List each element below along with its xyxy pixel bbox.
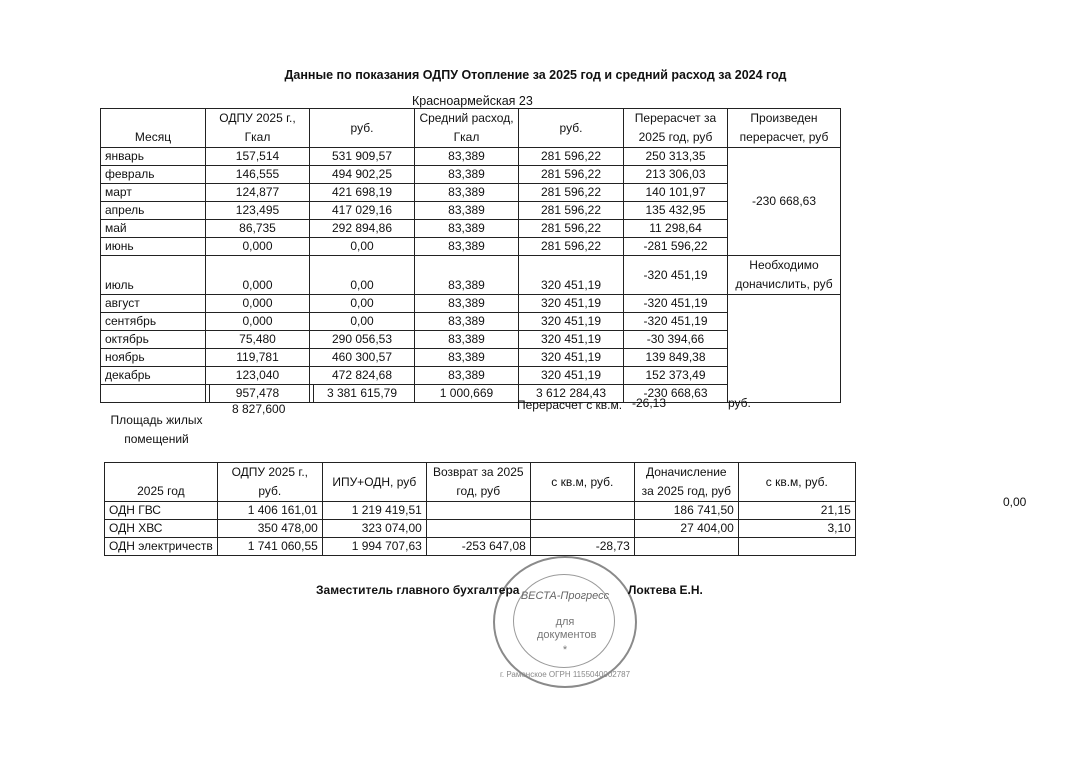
cell-recalc: -320 451,19 bbox=[624, 295, 728, 313]
cell-avg-rub: 281 596,22 bbox=[519, 202, 624, 220]
cell-recalc: -320 451,19 bbox=[624, 256, 728, 295]
cell-odpu-gcal: 157,514 bbox=[206, 148, 310, 166]
stray-value: 0,00 bbox=[1003, 495, 1026, 509]
total-month bbox=[101, 385, 206, 403]
done-recalc-value: -230 668,63 bbox=[728, 148, 841, 256]
cell-name: ОДН ГВС bbox=[105, 502, 218, 520]
cell-avg-gcal: 83,389 bbox=[415, 295, 519, 313]
odn-table-header: 2025 год ОДПУ 2025 г., руб. ИПУ+ОДН, руб… bbox=[105, 463, 856, 502]
cell-avg-rub: 320 451,19 bbox=[519, 349, 624, 367]
header-refund-sqm: с кв.м, руб. bbox=[530, 463, 634, 502]
cell-avg-gcal: 83,389 bbox=[415, 331, 519, 349]
cell-ipu-odn: 1 994 707,63 bbox=[322, 538, 426, 556]
cell-avg-gcal: 83,389 bbox=[415, 166, 519, 184]
cell-refund-sqm: -28,73 bbox=[530, 538, 634, 556]
odn-table: 2025 год ОДПУ 2025 г., руб. ИПУ+ОДН, руб… bbox=[104, 462, 856, 556]
cell-recalc: 213 306,03 bbox=[624, 166, 728, 184]
header-refund: Возврат за 2025 год, руб bbox=[426, 463, 530, 502]
header-recalc: Перерасчет за 2025 год, руб bbox=[624, 109, 728, 148]
table-row: ОДН ГВС1 406 161,011 219 419,51186 741,5… bbox=[105, 502, 856, 520]
cell-month: октябрь bbox=[101, 331, 206, 349]
cell-refund-sqm bbox=[530, 502, 634, 520]
cell-avg-gcal: 83,389 bbox=[415, 367, 519, 385]
cell-odpu-rub: 417 029,16 bbox=[310, 202, 415, 220]
cell-recalc: 250 313,35 bbox=[624, 148, 728, 166]
cell-odpu-rub: 0,00 bbox=[310, 256, 415, 295]
header-avg-gcal: Средний расход, Гкал bbox=[415, 109, 519, 148]
header-year: 2025 год bbox=[105, 463, 218, 502]
header-month: Месяц bbox=[101, 109, 206, 148]
cell-odpu-gcal: 0,000 bbox=[206, 238, 310, 256]
cell-month: июнь bbox=[101, 238, 206, 256]
cell-refund bbox=[426, 502, 530, 520]
cell-recalc: 140 101,97 bbox=[624, 184, 728, 202]
cell-avg-gcal: 83,389 bbox=[415, 184, 519, 202]
cell-odpu: 1 406 161,01 bbox=[217, 502, 322, 520]
cell-avg-rub: 320 451,19 bbox=[519, 367, 624, 385]
cell-recalc: 11 298,64 bbox=[624, 220, 728, 238]
cell-odpu-rub: 531 909,57 bbox=[310, 148, 415, 166]
total-odpu-gcal: 957,478 bbox=[206, 385, 310, 403]
cell-odpu-rub: 290 056,53 bbox=[310, 331, 415, 349]
header-odpu-rub: ОДПУ 2025 г., руб. bbox=[217, 463, 322, 502]
table-row: январь157,514531 909,5783,389281 596,222… bbox=[101, 148, 841, 166]
cell-odpu-gcal: 146,555 bbox=[206, 166, 310, 184]
cell-ipu-odn: 323 074,00 bbox=[322, 520, 426, 538]
cell-odpu-rub: 0,00 bbox=[310, 295, 415, 313]
heating-table-header: Месяц ОДПУ 2025 г., Гкал руб. Средний ра… bbox=[101, 109, 841, 148]
cell-recalc: -281 596,22 bbox=[624, 238, 728, 256]
table-row: ОДН электричеств1 741 060,551 994 707,63… bbox=[105, 538, 856, 556]
cell-name: ОДН ХВС bbox=[105, 520, 218, 538]
cell-month: февраль bbox=[101, 166, 206, 184]
cell-avg-rub: 281 596,22 bbox=[519, 238, 624, 256]
cell-charge bbox=[634, 538, 738, 556]
heating-table: Месяц ОДПУ 2025 г., Гкал руб. Средний ра… bbox=[100, 108, 841, 403]
cell-avg-rub: 281 596,22 bbox=[519, 184, 624, 202]
cell-avg-rub: 320 451,19 bbox=[519, 256, 624, 295]
cell-odpu-gcal: 123,495 bbox=[206, 202, 310, 220]
cell-odpu-rub: 0,00 bbox=[310, 238, 415, 256]
company-stamp: ВЕСТА-Прогресс для документов * г. Рамен… bbox=[493, 556, 637, 688]
table-divider bbox=[209, 384, 210, 402]
header-done-recalc: Произведен перерасчет, руб bbox=[728, 109, 841, 148]
cell-avg-rub: 320 451,19 bbox=[519, 331, 624, 349]
stamp-ring-text: г. Раменское ОГРН 1155040002787 bbox=[495, 670, 635, 679]
cell-avg-rub: 320 451,19 bbox=[519, 313, 624, 331]
cell-refund bbox=[426, 520, 530, 538]
cell-recalc: -30 394,66 bbox=[624, 331, 728, 349]
cell-odpu-rub: 472 824,68 bbox=[310, 367, 415, 385]
cell-odpu-gcal: 123,040 bbox=[206, 367, 310, 385]
cell-odpu-rub: 0,00 bbox=[310, 313, 415, 331]
cell-recalc: 152 373,49 bbox=[624, 367, 728, 385]
cell-odpu-gcal: 0,000 bbox=[206, 256, 310, 295]
cell-avg-gcal: 83,389 bbox=[415, 256, 519, 295]
cell-odpu: 1 741 060,55 bbox=[217, 538, 322, 556]
area-value: 8 827,600 bbox=[232, 402, 285, 416]
total-avg-gcal: 1 000,669 bbox=[415, 385, 519, 403]
cell-charge-sqm: 3,10 bbox=[738, 520, 855, 538]
table-row: август0,0000,0083,389320 451,19-320 451,… bbox=[101, 295, 841, 313]
header-ipu-odn: ИПУ+ОДН, руб bbox=[322, 463, 426, 502]
cell-charge-sqm bbox=[738, 538, 855, 556]
cell-month: сентябрь bbox=[101, 313, 206, 331]
cell-month: август bbox=[101, 295, 206, 313]
cell-avg-rub: 281 596,22 bbox=[519, 220, 624, 238]
cell-charge: 186 741,50 bbox=[634, 502, 738, 520]
cell-month: ноябрь bbox=[101, 349, 206, 367]
cell-odpu-gcal: 119,781 bbox=[206, 349, 310, 367]
header-avg-rub: руб. bbox=[519, 109, 624, 148]
header-charge: Доначисление за 2025 год, руб bbox=[634, 463, 738, 502]
cell-avg-gcal: 83,389 bbox=[415, 148, 519, 166]
address: Красноармейская 23 bbox=[412, 94, 533, 108]
cell-odpu-gcal: 75,480 bbox=[206, 331, 310, 349]
cell-avg-rub: 281 596,22 bbox=[519, 166, 624, 184]
header-odpu-gcal: ОДПУ 2025 г., Гкал bbox=[206, 109, 310, 148]
stamp-purpose: для документов bbox=[515, 616, 615, 642]
cell-month: июль bbox=[101, 256, 206, 295]
per-sqm-label: Перерасчет с кв.м. bbox=[517, 398, 622, 412]
header-charge-sqm: с кв.м, руб. bbox=[738, 463, 855, 502]
area-label: Площадь жилых помещений bbox=[104, 411, 209, 449]
cell-refund-sqm bbox=[530, 520, 634, 538]
signer-position: Заместитель главного бухгалтера bbox=[316, 583, 519, 597]
total-odpu-rub: 3 381 615,79 bbox=[310, 385, 415, 403]
table-row: ОДН ХВС350 478,00323 074,0027 404,003,10 bbox=[105, 520, 856, 538]
cell-odpu-gcal: 0,000 bbox=[206, 295, 310, 313]
cell-odpu-rub: 494 902,25 bbox=[310, 166, 415, 184]
need-charge-label: Необходимо доначислить, руб bbox=[728, 256, 841, 295]
cell-odpu: 350 478,00 bbox=[217, 520, 322, 538]
cell-odpu-gcal: 0,000 bbox=[206, 313, 310, 331]
cell-avg-gcal: 83,389 bbox=[415, 238, 519, 256]
cell-recalc: -320 451,19 bbox=[624, 313, 728, 331]
table-row: июль0,0000,0083,389320 451,19-320 451,19… bbox=[101, 256, 841, 295]
cell-odpu-rub: 421 698,19 bbox=[310, 184, 415, 202]
cell-odpu-rub: 460 300,57 bbox=[310, 349, 415, 367]
need-charge-value bbox=[728, 295, 841, 403]
cell-month: январь bbox=[101, 148, 206, 166]
per-sqm-value: -26,13 bbox=[632, 396, 666, 410]
cell-odpu-rub: 292 894,86 bbox=[310, 220, 415, 238]
cell-avg-rub: 281 596,22 bbox=[519, 148, 624, 166]
cell-month: апрель bbox=[101, 202, 206, 220]
per-sqm-unit: руб. bbox=[728, 396, 751, 410]
cell-refund: -253 647,08 bbox=[426, 538, 530, 556]
stamp-star: * bbox=[515, 644, 615, 656]
cell-avg-gcal: 83,389 bbox=[415, 220, 519, 238]
table-divider bbox=[313, 384, 314, 402]
cell-month: декабрь bbox=[101, 367, 206, 385]
cell-recalc: 135 432,95 bbox=[624, 202, 728, 220]
cell-avg-rub: 320 451,19 bbox=[519, 295, 624, 313]
document-title: Данные по показания ОДПУ Отопление за 20… bbox=[0, 68, 1071, 82]
cell-charge: 27 404,00 bbox=[634, 520, 738, 538]
cell-avg-gcal: 83,389 bbox=[415, 349, 519, 367]
cell-odpu-gcal: 86,735 bbox=[206, 220, 310, 238]
cell-month: март bbox=[101, 184, 206, 202]
stamp-org: ВЕСТА-Прогресс bbox=[515, 590, 615, 602]
cell-month: май bbox=[101, 220, 206, 238]
cell-odpu-gcal: 124,877 bbox=[206, 184, 310, 202]
cell-recalc: 139 849,38 bbox=[624, 349, 728, 367]
signer-name: Локтева Е.Н. bbox=[628, 583, 703, 597]
cell-name: ОДН электричеств bbox=[105, 538, 218, 556]
cell-avg-gcal: 83,389 bbox=[415, 202, 519, 220]
cell-charge-sqm: 21,15 bbox=[738, 502, 855, 520]
header-odpu-rub: руб. bbox=[310, 109, 415, 148]
cell-avg-gcal: 83,389 bbox=[415, 313, 519, 331]
cell-ipu-odn: 1 219 419,51 bbox=[322, 502, 426, 520]
